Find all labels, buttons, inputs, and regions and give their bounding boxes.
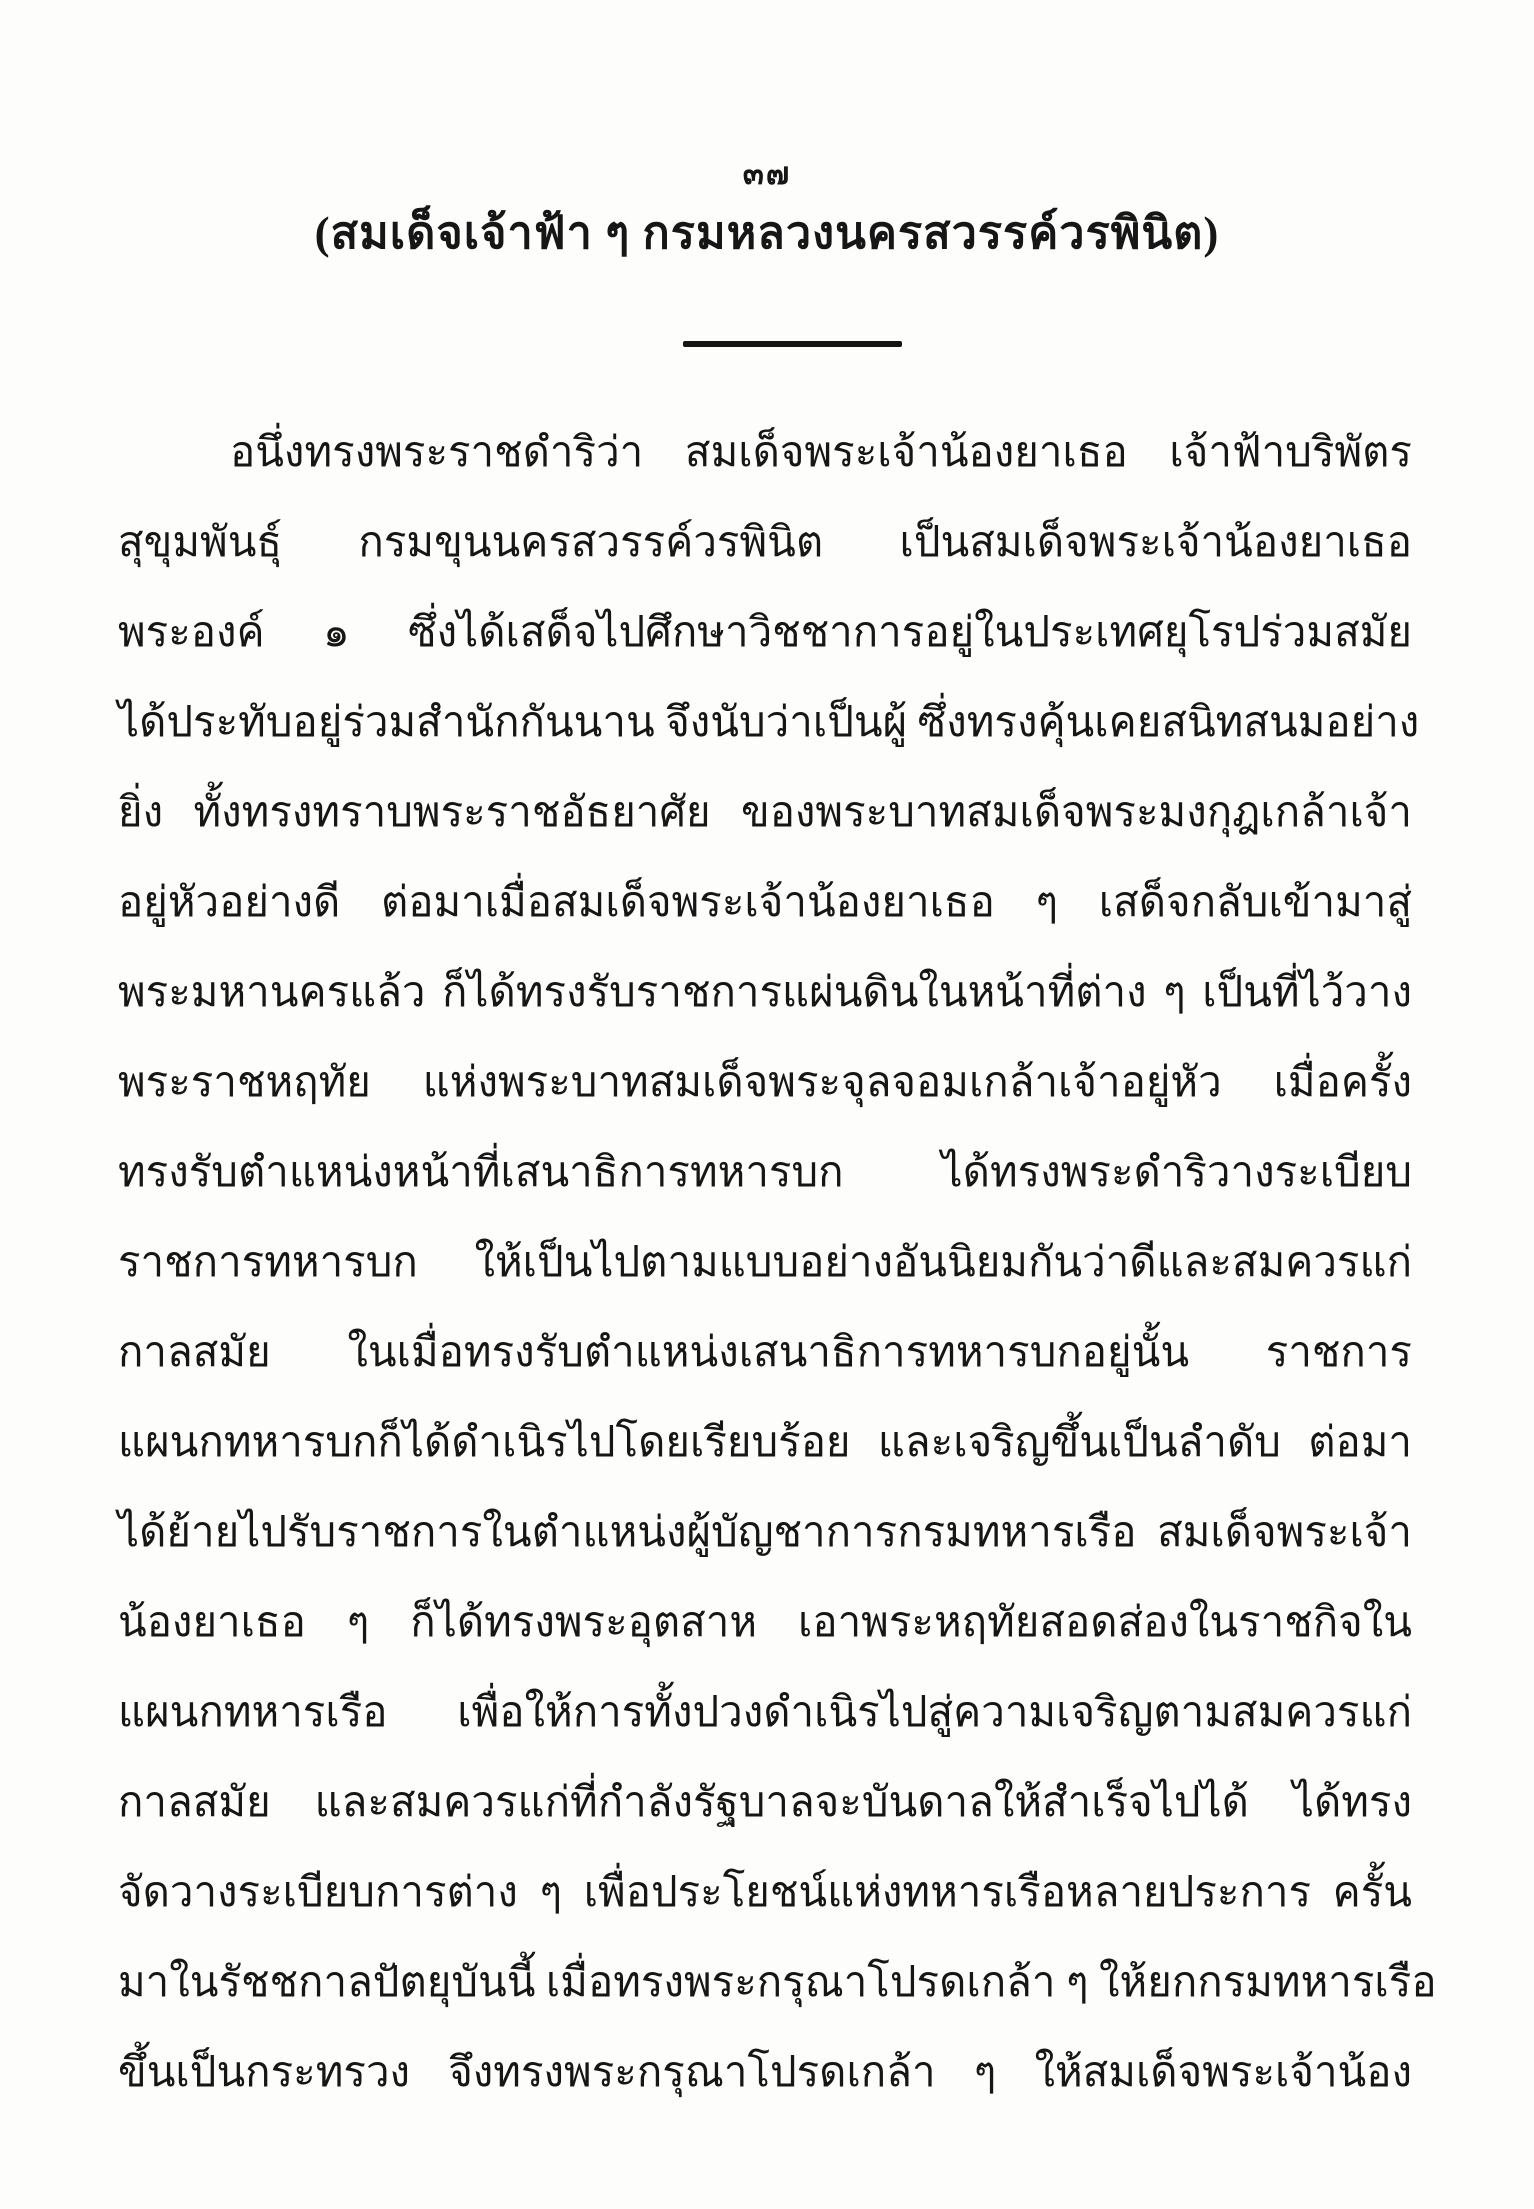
heading-divider-rule [683,341,902,347]
body-text-line: ราชการทหารบก ให้เป็นไปตามแบบอย่างอันนิยม… [118,1218,1412,1308]
body-text-line: ได้ย้ายไปรับราชการในตำแหน่งผู้บัญชาการกร… [118,1488,1412,1578]
body-text-line: สุขุมพันธุ์ กรมขุนนครสวรรค์วรพินิต เป็นส… [118,498,1412,588]
body-text-line: กาลสมัย และสมควรแก่ที่กำลังรัฐบาลจะบันดา… [118,1758,1412,1848]
page-title: (สมเด็จเจ้าฟ้า ๆ กรมหลวงนครสวรรค์วรพินิต… [0,196,1534,268]
body-text-line: จัดวางระเบียบการต่าง ๆ เพื่อประโยชน์แห่ง… [118,1848,1412,1938]
body-text-line: ทรงรับตำแหน่งหน้าที่เสนาธิการทหารบก ได้ท… [118,1128,1412,1218]
body-text-line: พระราชหฤทัย แห่งพระบาทสมเด็จพระจุลจอมเกล… [118,1038,1412,1128]
body-text-line: แผนกทหารเรือ เพื่อให้การทั้งปวงดำเนิรไปส… [118,1668,1412,1758]
body-paragraph: อนึ่งทรงพระราชดำริว่า สมเด็จพระเจ้าน้องย… [118,408,1412,2118]
body-text-line: อนึ่งทรงพระราชดำริว่า สมเด็จพระเจ้าน้องย… [118,408,1412,498]
body-text-line: แผนกทหารบกก็ได้ดำเนิรไปโดยเรียบร้อย และเ… [118,1398,1412,1488]
body-text-line: กาลสมัย ในเมื่อทรงรับตำแหน่งเสนาธิการทหา… [118,1308,1412,1398]
body-text-line: อยู่หัวอย่างดี ต่อมาเมื่อสมเด็จพระเจ้าน้… [118,858,1412,948]
body-text-line: ขึ้นเป็นกระทรวง จึงทรงพระกรุณาโปรดเกล้า … [118,2028,1412,2118]
body-text-line: ได้ประทับอยู่ร่วมสำนักกันนาน จึงนับว่าเป… [118,678,1412,768]
body-text-line: มาในรัชชกาลปัตยุบันนี้ เมื่อทรงพระกรุณาโ… [118,1938,1412,2028]
body-text-line: น้องยาเธอ ๆ ก็ได้ทรงพระอุตสาห เอาพระหฤทั… [118,1578,1412,1668]
body-text-line: พระมหานครแล้ว ก็ได้ทรงรับราชการแผ่นดินใน… [118,948,1412,1038]
scanned-book-page: ๓๗ (สมเด็จเจ้าฟ้า ๆ กรมหลวงนครสวรรค์วรพิ… [0,0,1534,2209]
body-text-line: ยิ่ง ทั้งทรงทราบพระราชอัธยาศัย ของพระบาท… [118,768,1412,858]
page-number: ๓๗ [0,148,1534,198]
body-text-line: พระองค์ ๑ ซึ่งได้เสด็จไปศึกษาวิชชาการอยู… [118,588,1412,678]
